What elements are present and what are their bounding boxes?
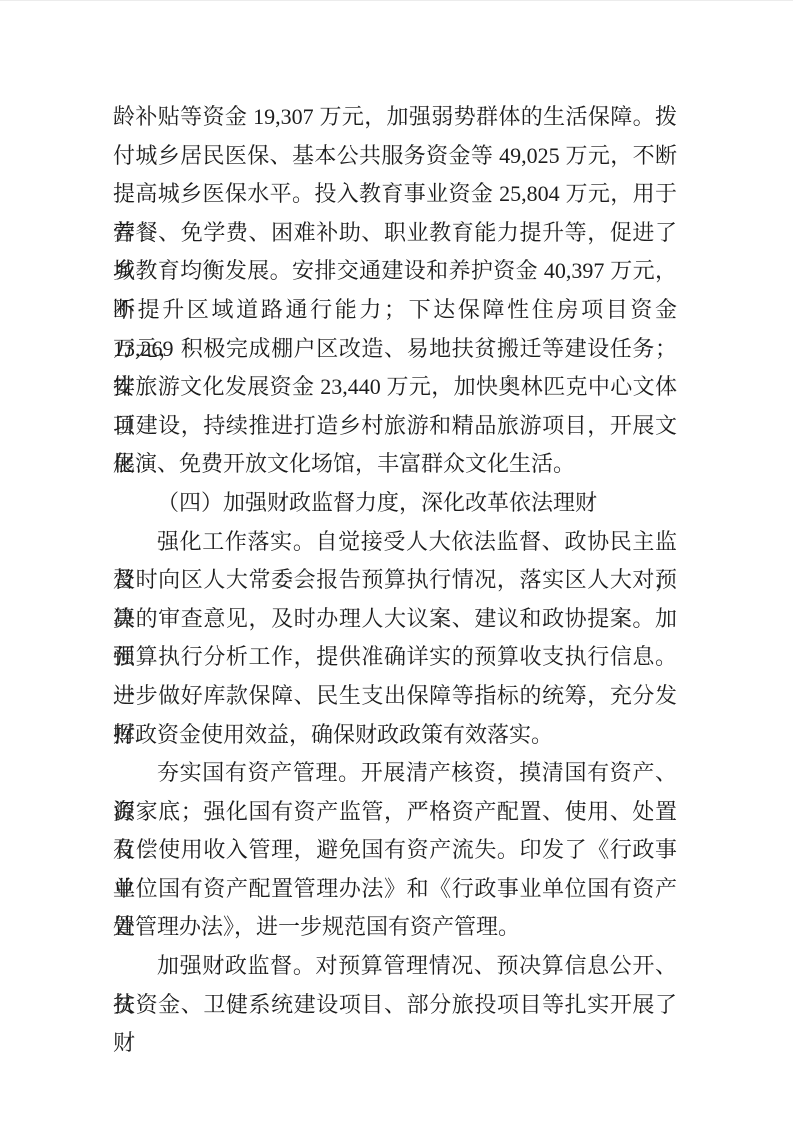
text-line: 乡教育均衡发展。安排交通建设和养护资金 40,397 万元，不: [113, 252, 677, 291]
text-line: 万元，积极完成棚户区改造、易地扶贫搬迁等建设任务；安: [113, 330, 677, 369]
text-line: 及时向区人大常委会报告预算执行情况，落实区人大对预决: [113, 561, 677, 600]
text-line: 养餐、免学费、困难补助、职业教育能力提升等，促进了城: [113, 214, 677, 253]
text-line: 置管理办法》，进一步规范国有资产管理。: [113, 908, 677, 947]
text-line: 算的审查意见，及时办理人大议案、建议和政协提案。加强: [113, 600, 677, 639]
text-line: 强化工作落实。自觉接受人大依法监督、政协民主监督，: [113, 523, 677, 562]
text-line: 夯实国有资产管理。开展清产核资，摸清国有资产、资: [113, 754, 677, 793]
section-heading-4: （四）加强财政监督力度，深化改革依法理财: [113, 484, 677, 523]
text-line: 龄补贴等资金 19,307 万元，加强弱势群体的生活保障。拨: [113, 98, 677, 137]
text-line: 提高城乡医保水平。投入教育事业资金 25,804 万元，用于营: [113, 175, 677, 214]
paragraph-work-implementation: 强化工作落实。自觉接受人大依法监督、政协民主监督， 及时向区人大常委会报告预算执…: [113, 523, 677, 755]
document-page: 龄补贴等资金 19,307 万元，加强弱势群体的生活保障。拨 付城乡居民医保、基…: [0, 0, 793, 1122]
text-line: 加强财政监督。对预算管理情况、预决算信息公开、扶: [113, 947, 677, 986]
paragraph-welfare-education-culture-spending: 龄补贴等资金 19,307 万元，加强弱势群体的生活保障。拨 付城乡居民医保、基…: [113, 98, 677, 484]
text-line: 断提升区域道路通行能力；下达保障性住房项目资金 13,269: [113, 291, 677, 330]
text-line: 一步做好库款保障、民生支出保障等指标的统筹，充分发挥: [113, 677, 677, 716]
paragraph-state-assets-management: 夯实国有资产管理。开展清产核资，摸清国有资产、资 源家底；强化国有资产监管，严格…: [113, 754, 677, 947]
text-line: 预算执行分析工作，提供准确详实的预算收支执行信息。进: [113, 638, 677, 677]
text-line: 有偿使用收入管理，避免国有资产流失。印发了《行政事业: [113, 831, 677, 870]
text-line: 目建设，持续推进打造乡村旅游和精品旅游项目，开展文化: [113, 407, 677, 446]
text-line: 贫资金、卫健系统建设项目、部分旅投项目等扎实开展了财: [113, 986, 677, 1025]
text-line: 展演、免费开放文化场馆，丰富群众文化生活。: [113, 445, 677, 484]
text-line: 排旅游文化发展资金 23,440 万元，加快奥林匹克中心文体项: [113, 368, 677, 407]
document-text: 龄补贴等资金 19,307 万元，加强弱势群体的生活保障。拨 付城乡居民医保、基…: [113, 98, 677, 1024]
text-line: 源家底；强化国有资产监管，严格资产配置、使用、处置及: [113, 793, 677, 832]
text-line: 付城乡居民医保、基本公共服务资金等 49,025 万元，不断: [113, 137, 677, 176]
section-heading-text: （四）加强财政监督力度，深化改革依法理财: [113, 484, 677, 523]
text-line: 单位国有资产配置管理办法》和《行政事业单位国有资产处: [113, 870, 677, 909]
text-line: 财政资金使用效益，确保财政政策有效落实。: [113, 716, 677, 755]
paragraph-fiscal-supervision: 加强财政监督。对预算管理情况、预决算信息公开、扶 贫资金、卫健系统建设项目、部分…: [113, 947, 677, 1024]
